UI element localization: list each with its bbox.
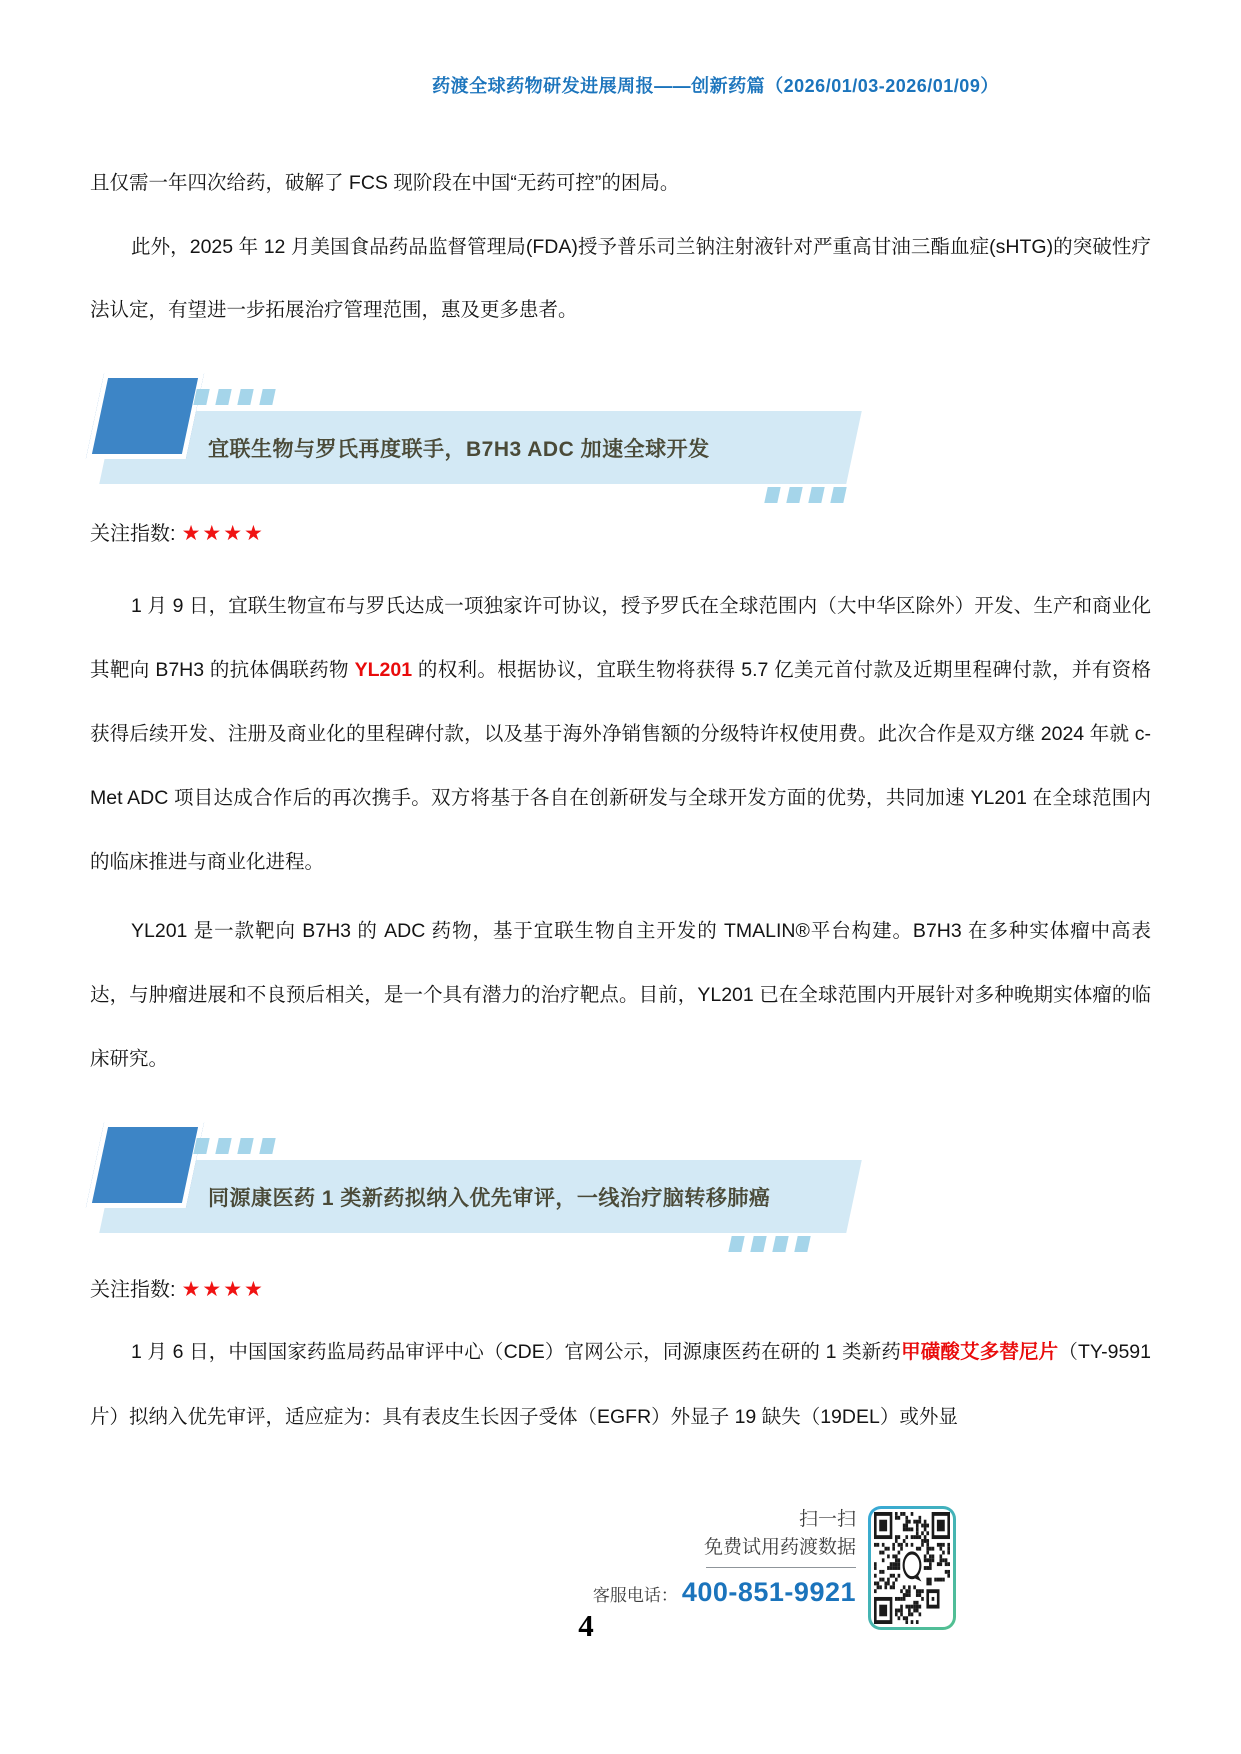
footer-contact-block: 扫一扫 免费试用药渡数据 客服电话： 400-851-9921 xyxy=(593,1506,856,1608)
banner-dashes-bottom xyxy=(730,1236,809,1252)
footer-divider xyxy=(706,1567,856,1568)
scan-line-2: 免费试用药渡数据 xyxy=(593,1534,856,1562)
section-banner-1: 宜联生物与罗氏再度联手，B7H3 ADC 加速全球开发 xyxy=(0,370,1241,506)
phone-row: 客服电话： 400-851-9921 xyxy=(593,1577,856,1608)
phone-number: 400-851-9921 xyxy=(682,1577,856,1608)
paragraph-text: 1 月 6 日，中国国家药监局药品审评中心（CDE）官网公示，同源康医药在研的 … xyxy=(131,1341,901,1363)
drug-name-highlight: YL201 xyxy=(355,659,412,681)
banner-block xyxy=(86,1122,204,1208)
section1-paragraph-1: 1 月 9 日，宜联生物宣布与罗氏达成一项独家许可协议，授予罗氏在全球范围内（大… xyxy=(90,574,1151,894)
scan-line-1: 扫一扫 xyxy=(593,1506,856,1534)
section2-paragraph-1: 1 月 6 日，中国国家药监局药品审评中心（CDE）官网公示，同源康医药在研的 … xyxy=(90,1320,1151,1450)
page-number: 4 xyxy=(556,1608,616,1644)
attention-index-line: 关注指数:★★★★ xyxy=(90,1273,265,1302)
section-title: 宜联生物与罗氏再度联手，B7H3 ADC 加速全球开发 xyxy=(208,411,710,484)
drug-name-highlight: 甲磺酸艾多替尼片 xyxy=(901,1341,1058,1363)
banner-dashes-top xyxy=(195,1138,274,1154)
section-title: 同源康医药 1 类新药拟纳入优先审评，一线治疗脑转移肺癌 xyxy=(208,1160,770,1233)
banner-dashes-top xyxy=(195,389,274,405)
qr-code-icon xyxy=(868,1506,956,1630)
paragraph-text: 的权利。根据协议，宜联生物将获得 5.7 亿美元首付款及近期里程碑付款，并有资格… xyxy=(90,659,1151,873)
star-rating: ★★★★ xyxy=(182,522,265,545)
phone-label: 客服电话： xyxy=(593,1581,678,1606)
attention-index-line: 关注指数:★★★★ xyxy=(90,517,265,546)
qr-code-pattern xyxy=(874,1512,950,1624)
qr-code-inner xyxy=(871,1509,953,1627)
page-header-title: 药渡全球药物研发进展周报——创新药篇（2026/01/03-2026/01/09… xyxy=(90,72,1151,98)
section1-paragraph-2: YL201 是一款靶向 B7H3 的 ADC 药物，基于宜联生物自主开发的 TM… xyxy=(90,899,1151,1091)
banner-dashes-bottom xyxy=(766,487,845,503)
report-page: 药渡全球药物研发进展周报——创新药篇（2026/01/03-2026/01/09… xyxy=(0,0,1241,1754)
section-banner-2: 同源康医药 1 类新药拟纳入优先审评，一线治疗脑转移肺癌 xyxy=(0,1119,1241,1255)
star-rating: ★★★★ xyxy=(182,1278,265,1301)
intro-paragraph-2: 此外，2025 年 12 月美国食品药品监督管理局(FDA)授予普乐司兰钠注射液… xyxy=(90,216,1151,342)
intro-paragraph-1: 且仅需一年四次给药，破解了 FCS 现阶段在中国“无药可控”的困局。 xyxy=(90,152,1151,215)
attention-label: 关注指数: xyxy=(90,1279,176,1301)
chat-bubble-icon xyxy=(900,1549,923,1583)
attention-label: 关注指数: xyxy=(90,523,176,545)
banner-block xyxy=(86,373,204,459)
